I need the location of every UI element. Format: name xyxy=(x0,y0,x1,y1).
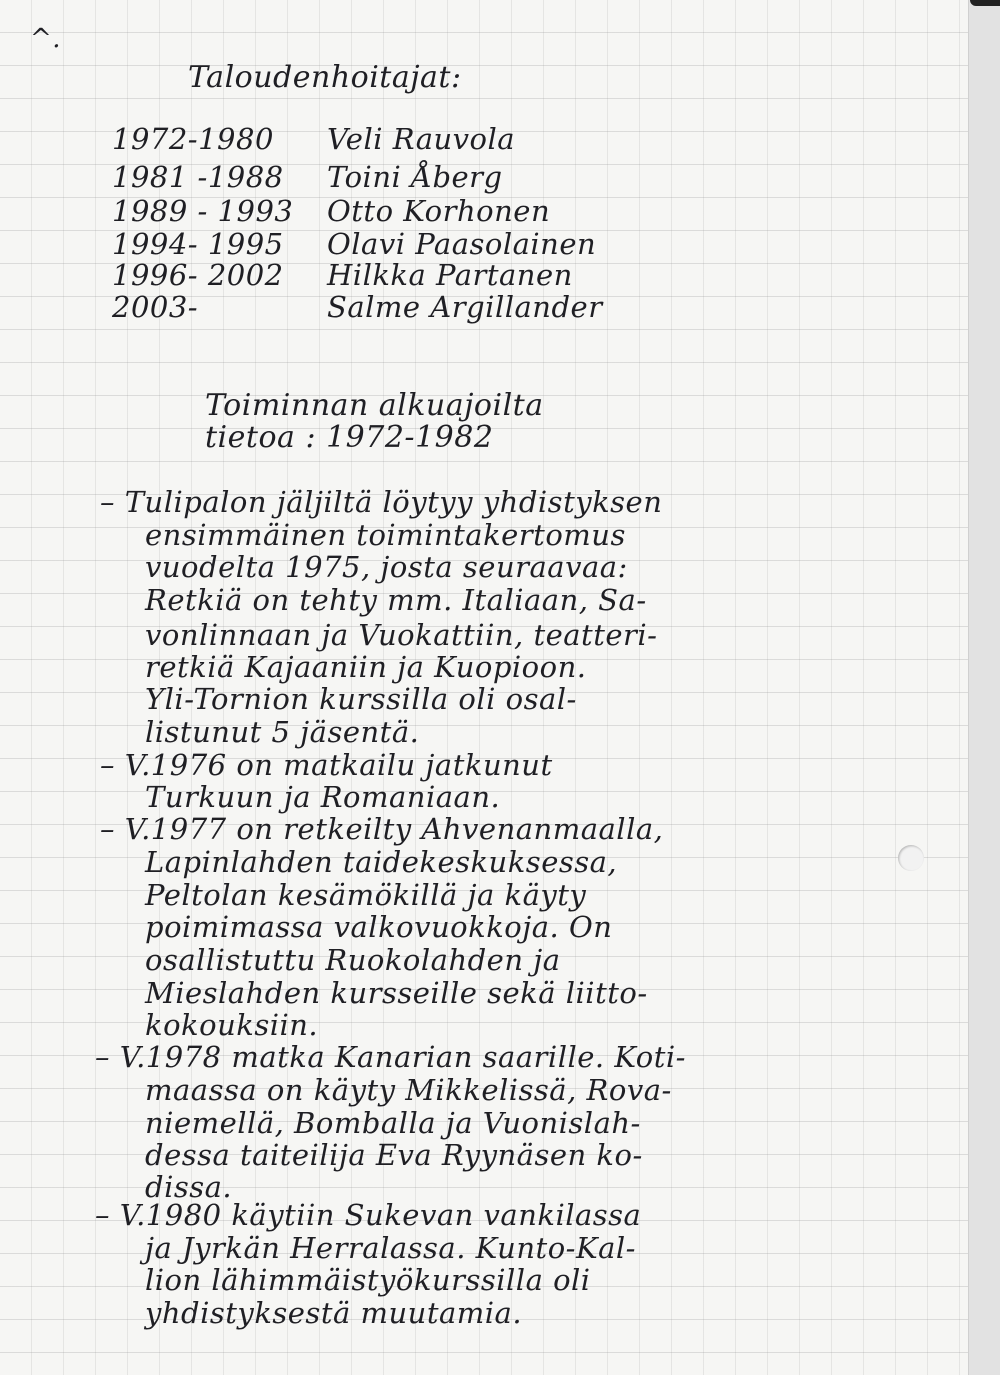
text-line: listunut 5 jäsentä. xyxy=(145,715,419,749)
name: Salme Argillander xyxy=(327,290,603,324)
text-line: vonlinnaan ja Vuokattiin, teatteri- xyxy=(145,618,657,652)
text-line: poimimassa valkovuokkoja. On xyxy=(145,910,612,944)
text-line: – V.1977 on retkeilty Ahvenanmaalla, xyxy=(100,812,663,846)
scan-corner xyxy=(970,0,1000,6)
years: 1981 -1988 xyxy=(112,160,284,194)
text-line: Yli-Tornion kurssilla oli osal- xyxy=(145,682,577,716)
text-line: Retkiä on tehty mm. Italiaan, Sa- xyxy=(145,583,647,617)
text-line: – V.1978 matka Kanarian saarille. Koti- xyxy=(95,1040,686,1074)
text-line: Turkuun ja Romaniaan. xyxy=(145,780,500,814)
years: 1972-1980 xyxy=(112,122,274,156)
name: Hilkka Partanen xyxy=(327,258,573,292)
text-line: maassa on käyty Mikkelissä, Rova- xyxy=(145,1073,672,1107)
text-line: ensimmäinen toimintakertomus xyxy=(145,518,626,552)
section-title-line-2: tietoa : 1972-1982 xyxy=(205,420,493,455)
text-line: Lapinlahden taidekeskuksessa, xyxy=(145,845,617,879)
page-mark: ^. xyxy=(30,24,61,54)
page-title: Taloudenhoitajat: xyxy=(188,60,462,95)
years: 1989 - 1993 xyxy=(112,194,293,228)
text-line: niemellä, Bomballa ja Vuonislah- xyxy=(145,1106,641,1140)
years: 2003- xyxy=(112,290,198,324)
years: 1994- 1995 xyxy=(112,227,284,261)
text-line: retkiä Kajaaniin ja Kuopioon. xyxy=(145,650,587,684)
text-line: – V.1980 käytiin Sukevan vankilassa xyxy=(95,1198,641,1232)
text-line: ja Jyrkän Herralassa. Kunto-Kal- xyxy=(145,1231,636,1265)
hole-punch xyxy=(898,845,924,871)
name: Toini Åberg xyxy=(327,160,503,194)
text-line: yhdistyksestä muutamia. xyxy=(145,1296,522,1330)
text-line: kokouksiin. xyxy=(145,1008,318,1042)
text-line: vuodelta 1975, josta seuraavaa: xyxy=(145,550,628,584)
name: Otto Korhonen xyxy=(327,194,550,228)
text-line: dessa taiteilija Eva Ryynäsen ko- xyxy=(145,1138,643,1172)
scan-edge xyxy=(968,0,1000,1375)
section-title-line-1: Toiminnan alkuajoilta xyxy=(205,388,544,423)
years: 1996- 2002 xyxy=(112,258,284,292)
text-line: osallistuttu Ruokolahden ja xyxy=(145,943,561,977)
text-line: – V.1976 on matkailu jatkunut xyxy=(100,748,553,782)
name: Veli Rauvola xyxy=(327,122,515,156)
text-line: – Tulipalon jäljiltä löytyy yhdistyksen xyxy=(100,485,662,519)
name: Olavi Paasolainen xyxy=(327,227,596,261)
text-line: Peltolan kesämökillä ja käyty xyxy=(145,878,586,912)
text-line: lion lähimmäistyökurssilla oli xyxy=(145,1263,591,1297)
text-line: Mieslahden kursseille sekä liitto- xyxy=(145,976,648,1010)
